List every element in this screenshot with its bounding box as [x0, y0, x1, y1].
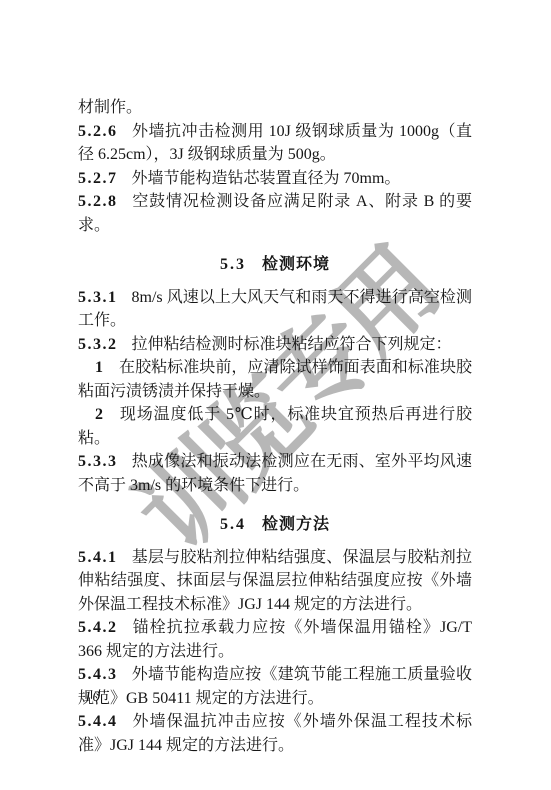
clause-5-2-8: 5.2.8空鼓情况检测设备应满足附录 A、附录 B 的要求。 — [78, 190, 472, 237]
clause-text: 外墙保温抗冲击应按《外墙外保温工程技术标准》JGJ 144 规定的方法进行。 — [78, 713, 472, 754]
clause-text: 外墙节能构造钻芯装置直径为 70mm。 — [132, 170, 401, 187]
clause-5-4-2: 5.4.2锚栓抗拉承载力应按《外墙保温用锚栓》JG/T 366 规定的方法进行。 — [78, 616, 472, 663]
clause-number: 5.2.8 — [78, 193, 118, 210]
clause-5-3-3: 5.3.3热成像法和振动法检测应在无雨、室外平均风速不高于 3m/s 的环境条件… — [78, 450, 472, 497]
clause-5-2-6: 5.2.6外墙抗冲击检测用 10J 级钢球质量为 1000g（直径 6.25cm… — [78, 120, 472, 167]
clause-number: 5.3.1 — [78, 289, 118, 306]
clause-number: 5.2.7 — [78, 170, 118, 187]
section-title: 检测环境 — [262, 256, 330, 273]
clause-number: 5.4.3 — [78, 666, 118, 683]
clause-number: 5.3.2 — [78, 336, 118, 353]
clause-5-4-1: 5.4.1基层与胶粘剂拉伸粘结强度、保温层与胶粘剂拉伸粘结强度、抹面层与保温层拉… — [78, 546, 472, 617]
clause-number: 5.4.1 — [78, 549, 118, 566]
sub-item-text: 在胶粘标准块前，应清除试样饰面表面和标准块胶粘面污渍锈渍并保持干燥。 — [78, 359, 472, 400]
paragraph-continuation: 材制作。 — [78, 96, 472, 120]
paragraph-text: 材制作。 — [78, 99, 142, 116]
clause-5-3-2: 5.3.2拉伸粘结检测时标准块粘结应符合下列规定： — [78, 333, 472, 357]
clause-5-4-3: 5.4.3外墙节能构造应按《建筑节能工程施工质量验收规范》GB 50411 规定… — [78, 663, 472, 710]
clause-5-2-7: 5.2.7外墙节能构造钻芯装置直径为 70mm。 — [78, 167, 472, 191]
sub-item-2: 2现场温度低于 5℃时，标准块宜预热后再进行胶粘。 — [78, 403, 472, 450]
clause-text: 8m/s 风速以上大风天气和雨天不得进行高空检测工作。 — [78, 289, 472, 330]
sub-item-number: 1 — [95, 359, 103, 376]
clause-text: 基层与胶粘剂拉伸粘结强度、保温层与胶粘剂拉伸粘结强度、抹面层与保温层拉伸粘结强度… — [78, 549, 472, 613]
clause-number: 5.4.4 — [78, 713, 118, 730]
clause-text: 外墙抗冲击检测用 10J 级钢球质量为 1000g（直径 6.25cm），3J … — [78, 123, 472, 164]
clause-text: 拉伸粘结检测时标准块粘结应符合下列规定： — [132, 336, 452, 353]
clause-text: 外墙节能构造应按《建筑节能工程施工质量验收规范》GB 50411 规定的方法进行… — [78, 666, 472, 707]
sub-item-1: 1在胶粘标准块前，应清除试样饰面表面和标准块胶粘面污渍锈渍并保持干燥。 — [78, 356, 472, 403]
clause-number: 5.3.3 — [78, 453, 118, 470]
section-title: 检测方法 — [262, 516, 330, 533]
section-number: 5.3 — [220, 256, 246, 273]
clause-5-4-4: 5.4.4外墙保温抗冲击应按《外墙外保温工程技术标准》JGJ 144 规定的方法… — [78, 710, 472, 757]
section-heading-5-4: 5.4检测方法 — [78, 513, 472, 537]
clause-number: 5.2.6 — [78, 123, 118, 140]
clause-text: 热成像法和振动法检测应在无雨、室外平均风速不高于 3m/s 的环境条件下进行。 — [78, 453, 472, 494]
clause-5-3-1: 5.3.18m/s 风速以上大风天气和雨天不得进行高空检测工作。 — [78, 286, 472, 333]
section-number: 5.4 — [220, 516, 246, 533]
section-heading-5-3: 5.3检测环境 — [78, 253, 472, 277]
sub-item-number: 2 — [95, 406, 103, 423]
clause-text: 锚栓抗拉承载力应按《外墙保温用锚栓》JG/T 366 规定的方法进行。 — [78, 619, 472, 660]
sub-item-text: 现场温度低于 5℃时，标准块宜预热后再进行胶粘。 — [78, 406, 472, 447]
clause-number: 5.4.2 — [78, 619, 118, 636]
document-page: 训览专用 材制作。 5.2.6外墙抗冲击检测用 10J 级钢球质量为 1000g… — [0, 0, 551, 790]
clause-text: 空鼓情况检测设备应满足附录 A、附录 B 的要求。 — [78, 193, 472, 234]
page-number: 10 — [84, 689, 101, 706]
page-body: 材制作。 5.2.6外墙抗冲击检测用 10J 级钢球质量为 1000g（直径 6… — [78, 96, 472, 757]
